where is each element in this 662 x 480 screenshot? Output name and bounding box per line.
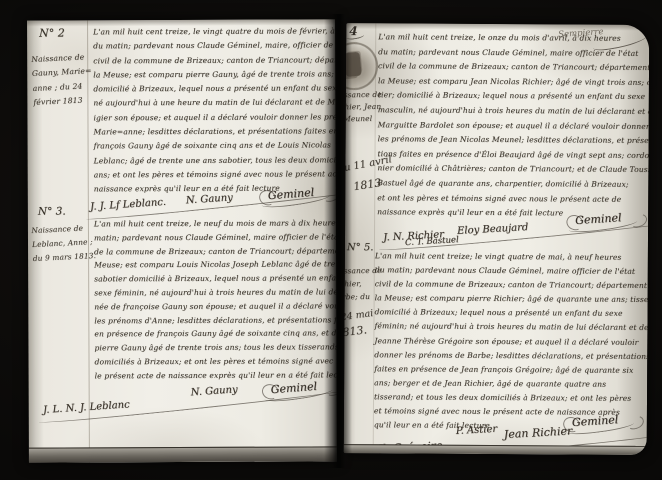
text-line: née de françoise Gauny son épouse; et au… — [94, 299, 337, 314]
text-line: Leblanc; âgé de trente une ans sabotier,… — [94, 153, 337, 169]
text-line: sexe féminin, né aujourd'hui à trois heu… — [94, 285, 337, 300]
margin-date-year: 1813. — [344, 323, 368, 340]
text-line: civil de la commune de Brizeaux; canton … — [378, 59, 649, 75]
text-line: françois Gauny âgé de soixante cinq ans … — [94, 138, 337, 154]
text-line: Jeanne Thérèse Grégoire son épouse; et a… — [374, 334, 649, 350]
text-line: en présence de françois Gauny âgé de soi… — [94, 326, 337, 341]
entry-number: N° 2 — [39, 27, 65, 40]
text-line: N. Meunel — [344, 113, 382, 126]
signature-paraph: Geminel — [572, 413, 619, 429]
right-page: 4 Sempierre naissance deRichier, JeanN. … — [344, 23, 650, 455]
text-line: né aujourd'hui à une heure du matin de l… — [93, 96, 337, 112]
text-line: pierre Gauny âgé de trente trois ans; to… — [94, 340, 337, 355]
text-line: sabotier domicilié à Brizeaux, lequel no… — [94, 271, 337, 286]
text-line: L'an mil huit cent treize, le onze du mo… — [378, 30, 649, 46]
margin-date: 24 mai — [344, 308, 374, 323]
entry-body-text: L'an mil huit cent treize, le vingt quat… — [93, 24, 337, 197]
page-bottom-edge — [29, 446, 337, 462]
signature: C. T. Bastuel — [405, 235, 459, 248]
text-line: igier son épouse; et auquel il a déclaré… — [93, 110, 337, 126]
entry-number: N° 3. — [38, 206, 66, 218]
text-line: du matin; pardevant nous Claude Géminel,… — [93, 38, 337, 54]
text-line: donner les prénoms de Barbe; lesdittes d… — [374, 348, 649, 364]
margin-note: naissance deRichier, JeanN. Meunel — [344, 89, 382, 126]
left-page: N° 2 Naissance deGauny, Marie=anne ; du … — [27, 19, 337, 462]
margin-note: Naissance deLeblanc, Anne ;du 9 mars 181… — [31, 221, 96, 266]
text-line: domicilié à Brizeaux, lequel nous a prés… — [93, 81, 337, 97]
text-line: domiciliés à Brizeaux; et ont les pères … — [94, 354, 336, 369]
text-line: Richier, Jean — [344, 101, 382, 114]
text-line: la Meuse; est comparu pierre Gauny, âgé … — [93, 67, 337, 83]
text-line: civil de la commune de Brizeaux; canton … — [93, 53, 337, 69]
text-line: féminin; né aujourd'hui à trois heures d… — [374, 320, 649, 336]
signature-paraph: Geminel — [270, 380, 317, 396]
entry-body-text: L'an mil huit cent treize, le neuf du mo… — [94, 216, 337, 383]
text-line: Marie=anne; lesdittes déclarations, et p… — [93, 124, 336, 140]
text-line: naissance de — [344, 89, 382, 102]
entry-number: N° — [344, 143, 346, 153]
text-line: les prénoms d'Anne; lesdittes déclaratio… — [94, 313, 337, 328]
text-line: février 1813 — [33, 93, 93, 110]
text-line: Meuse; est comparu Louis Nicolas Joseph … — [94, 258, 337, 273]
signature-paraph: Geminel — [267, 186, 314, 202]
text-line: ans; et ont les pères et témoins signé a… — [94, 167, 337, 183]
scanned-register-spread: N° 2 Naissance deGauny, Marie=anne ; du … — [0, 0, 662, 480]
entry-number: N° 5. — [347, 242, 374, 253]
text-line: du 9 mars 1813. — [32, 249, 96, 266]
stamp-emblem — [344, 52, 362, 77]
text-line: L'an mil huit cent treize, le vingt quat… — [93, 24, 337, 40]
signature: P. Astier — [456, 424, 498, 437]
page-number: 4 — [349, 24, 357, 38]
revenue-stamp-icon — [344, 38, 383, 95]
page-bottom-edge — [344, 444, 647, 455]
text-line: Bastuel âgé de quarante ans, charpentier… — [377, 176, 649, 192]
entry-body-text: L'an mil huit cent treize; le vingt quat… — [374, 249, 649, 434]
text-line: de la commune de Brizeaux; canton de Tri… — [94, 244, 337, 259]
text-line: Gauny, Marie= — [32, 65, 92, 82]
text-line: L'an mil huit cent treize, le neuf du mo… — [94, 216, 337, 231]
text-line: masculin, né aujourd'hui à trois heures … — [378, 103, 650, 119]
entry-body-text: L'an mil huit cent treize, le onze du mo… — [377, 30, 649, 222]
text-line: matin; pardevant nous Claude Géminel, ma… — [94, 230, 337, 245]
margin-note: Naissance deGauny, Marie=anne ; du 24fév… — [31, 50, 93, 110]
text-line: les prénoms de Jean Nicolas Meunel; lesd… — [378, 132, 650, 148]
